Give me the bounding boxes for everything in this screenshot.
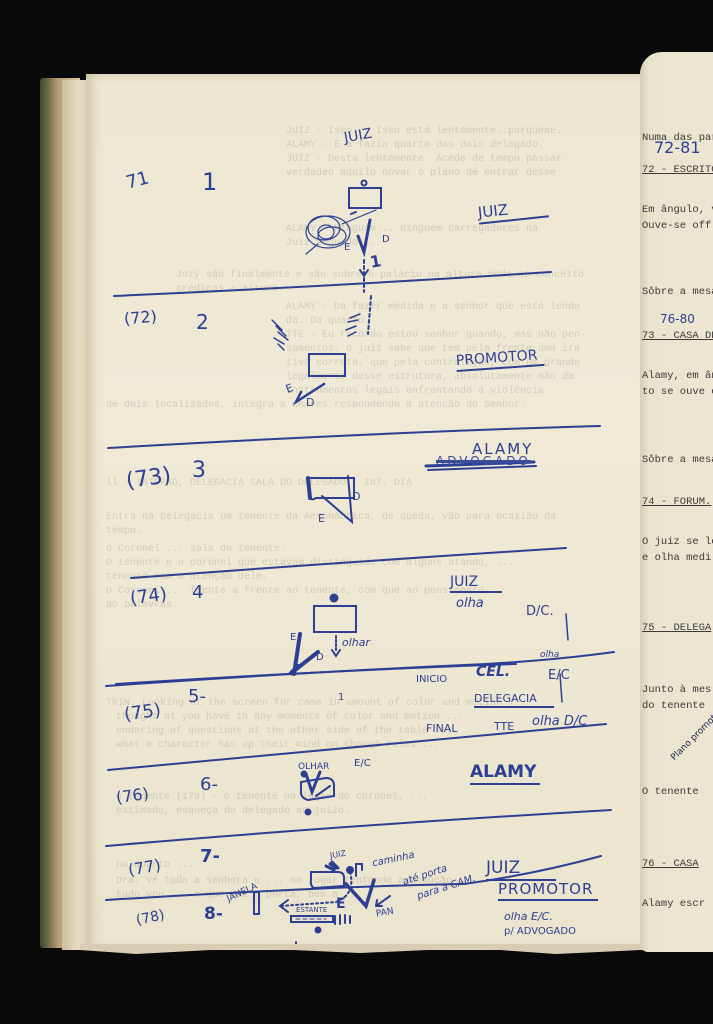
character-label: JUIZ <box>486 858 556 881</box>
bleed-through-text: JUIZ - Isso... Isso está lentamente..por… <box>286 126 562 137</box>
marker-left: E <box>336 896 346 912</box>
bleed-through-text: instrumentos legais enfrentando a violên… <box>286 386 550 397</box>
shot-number: 6- <box>200 774 218 795</box>
scene-number: 71 <box>124 167 152 193</box>
typed-line: Em ângulo, vem <box>642 204 713 216</box>
marker-right: D <box>352 490 360 503</box>
bleed-through-text: de dois localizados, íntegra a Chaves re… <box>106 400 526 411</box>
bleed-through-text: Juiz seguido... <box>286 238 376 249</box>
note: p/ ADVOGADO <box>504 926 576 937</box>
character-label: PROMOTOR <box>498 880 598 901</box>
bleed-through-text: legalmente desse estrutura, absolutament… <box>286 372 574 383</box>
shot-number: 5- <box>188 686 206 707</box>
typed-line: Alamy escr <box>642 898 705 910</box>
diagram-label: JUIZ <box>329 849 346 861</box>
script-page: JUIZ - Isso... Isso está lentamente..por… <box>86 74 644 950</box>
bleed-through-text: tempo. <box>106 526 142 537</box>
handwritten-range: 76-80 <box>660 312 695 326</box>
note: olha D/C <box>532 714 587 729</box>
scene-heading: 75 - DELEGA <box>642 622 711 634</box>
bleed-through-text: tenente com a atenção dele. <box>106 572 268 583</box>
marker-left: E <box>290 632 296 643</box>
note: olha <box>540 650 559 660</box>
typed-line: O juiz se le <box>642 536 713 548</box>
typed-line: O tenente <box>642 786 699 798</box>
bleed-through-text: TRIN. Looking at the screen for came in … <box>106 698 526 709</box>
shot-number: 8- <box>204 904 223 924</box>
marker-left: E <box>318 512 325 525</box>
handwritten-range: 72-81 <box>654 138 701 157</box>
handwritten-note: Plano promot 35 <box>669 703 713 763</box>
marker-left: E <box>344 242 350 253</box>
scene-number: (73) <box>124 463 172 494</box>
shot-number: 4 <box>192 582 203 603</box>
bleed-through-text: ALAMY - Ninguém... ninguém carregadores … <box>286 224 538 235</box>
scene-heading: 72 - ESCRITÓRIO <box>642 164 713 176</box>
shot-number: 3 <box>192 458 206 483</box>
diagram-note: olhar <box>342 636 370 649</box>
bleed-through-text: da. Da quarto. <box>286 316 370 327</box>
character-label: JUIZ <box>477 196 549 224</box>
typed-line: Sôbre a mesa, <box>642 286 713 298</box>
typed-line: Sôbre a mesa <box>642 454 713 466</box>
note: INICIO <box>416 674 447 685</box>
note: E/C <box>354 758 371 769</box>
marker-one: 1 <box>368 251 382 272</box>
shot-number: 2 <box>196 310 209 334</box>
marker-right: D <box>306 396 314 409</box>
bleed-through-text: TTE - Eu recordo estou senhor quando, ma… <box>286 330 586 341</box>
bleed-through-text: what a character has up their mind on ch… <box>116 740 440 751</box>
scene-heading: 76 - CASA <box>642 858 699 870</box>
typed-line: e olha medi <box>642 552 711 564</box>
scene-heading: 73 - CASA DE <box>642 330 713 342</box>
scene-number: (72) <box>123 307 157 329</box>
marker-one: 1 <box>338 692 344 703</box>
scene-number: (78) <box>135 907 166 929</box>
bleed-through-text: estimado, esqueça do delegado ao juízo. <box>116 806 350 817</box>
marker-right: D <box>316 652 324 663</box>
typed-line: Junto à mes <box>642 684 711 696</box>
bleed-through-text: o tenente (179) - o tenente no lugar do … <box>116 792 428 803</box>
character-label: ALAMY <box>470 762 540 785</box>
bleed-through-text: JUIZ - Desta lentamente. Acede de tempo … <box>286 154 568 165</box>
shot-number: 7- <box>200 846 220 867</box>
facing-page: Numa das parede 72-81 72 - ESCRITÓRIO Em… <box>640 52 713 952</box>
character-label: JUIZ <box>450 574 502 593</box>
scene-number: (76) <box>115 784 150 807</box>
bleed-through-text: O Coronel ... sala do tenente. <box>106 544 286 555</box>
diagram-label: ESTANTE <box>296 906 327 914</box>
bleed-through-text: thought at you have in any moments of co… <box>116 712 464 723</box>
note: D/C. <box>526 604 554 619</box>
note: TTE <box>494 720 514 733</box>
shot-number: 1 <box>202 168 217 196</box>
note: E/C <box>548 668 570 683</box>
bleed-through-text: ALAMY - Da fazer medida e a senhor que e… <box>286 302 580 313</box>
typed-line: to se ouve of <box>642 386 713 398</box>
typed-line: Ouve-se off a <box>642 220 713 232</box>
typed-line: Alamy, em âng <box>642 370 713 382</box>
note: olha E/C. <box>504 910 553 923</box>
marker-right: D <box>382 234 390 245</box>
note: OLHAR <box>298 762 329 772</box>
bleed-through-text: Entra na Delegacia um tenente da Aeronáu… <box>106 512 556 523</box>
bleed-through-text: crédicas a altura. <box>176 284 284 295</box>
bleed-through-text: ondering of questions at the other side … <box>116 726 452 737</box>
page-bottom-edge <box>80 944 640 954</box>
bleed-through-text: verdadeo aquilo novar o plano de entrar … <box>286 168 556 179</box>
note: FINAL <box>426 722 457 735</box>
location-label: DELEGACIA <box>474 692 554 708</box>
note: olha <box>456 596 484 611</box>
bleed-through-text: ALAMY - E a fazia quarto dos dois delega… <box>286 140 544 151</box>
bleed-through-text: Jozy são finalmente e são sobre o paláci… <box>176 270 584 281</box>
note: caminha <box>371 850 415 870</box>
bleed-through-text: O tenente e o coronel que estavam distin… <box>106 558 514 569</box>
typed-line: do tenente <box>642 700 705 712</box>
scene-heading: 74 - FORUM. <box>642 496 711 508</box>
note: CEL. <box>476 664 510 680</box>
diagram-label: PAN <box>375 907 394 920</box>
struck-text: ADVOGADO <box>436 454 531 468</box>
